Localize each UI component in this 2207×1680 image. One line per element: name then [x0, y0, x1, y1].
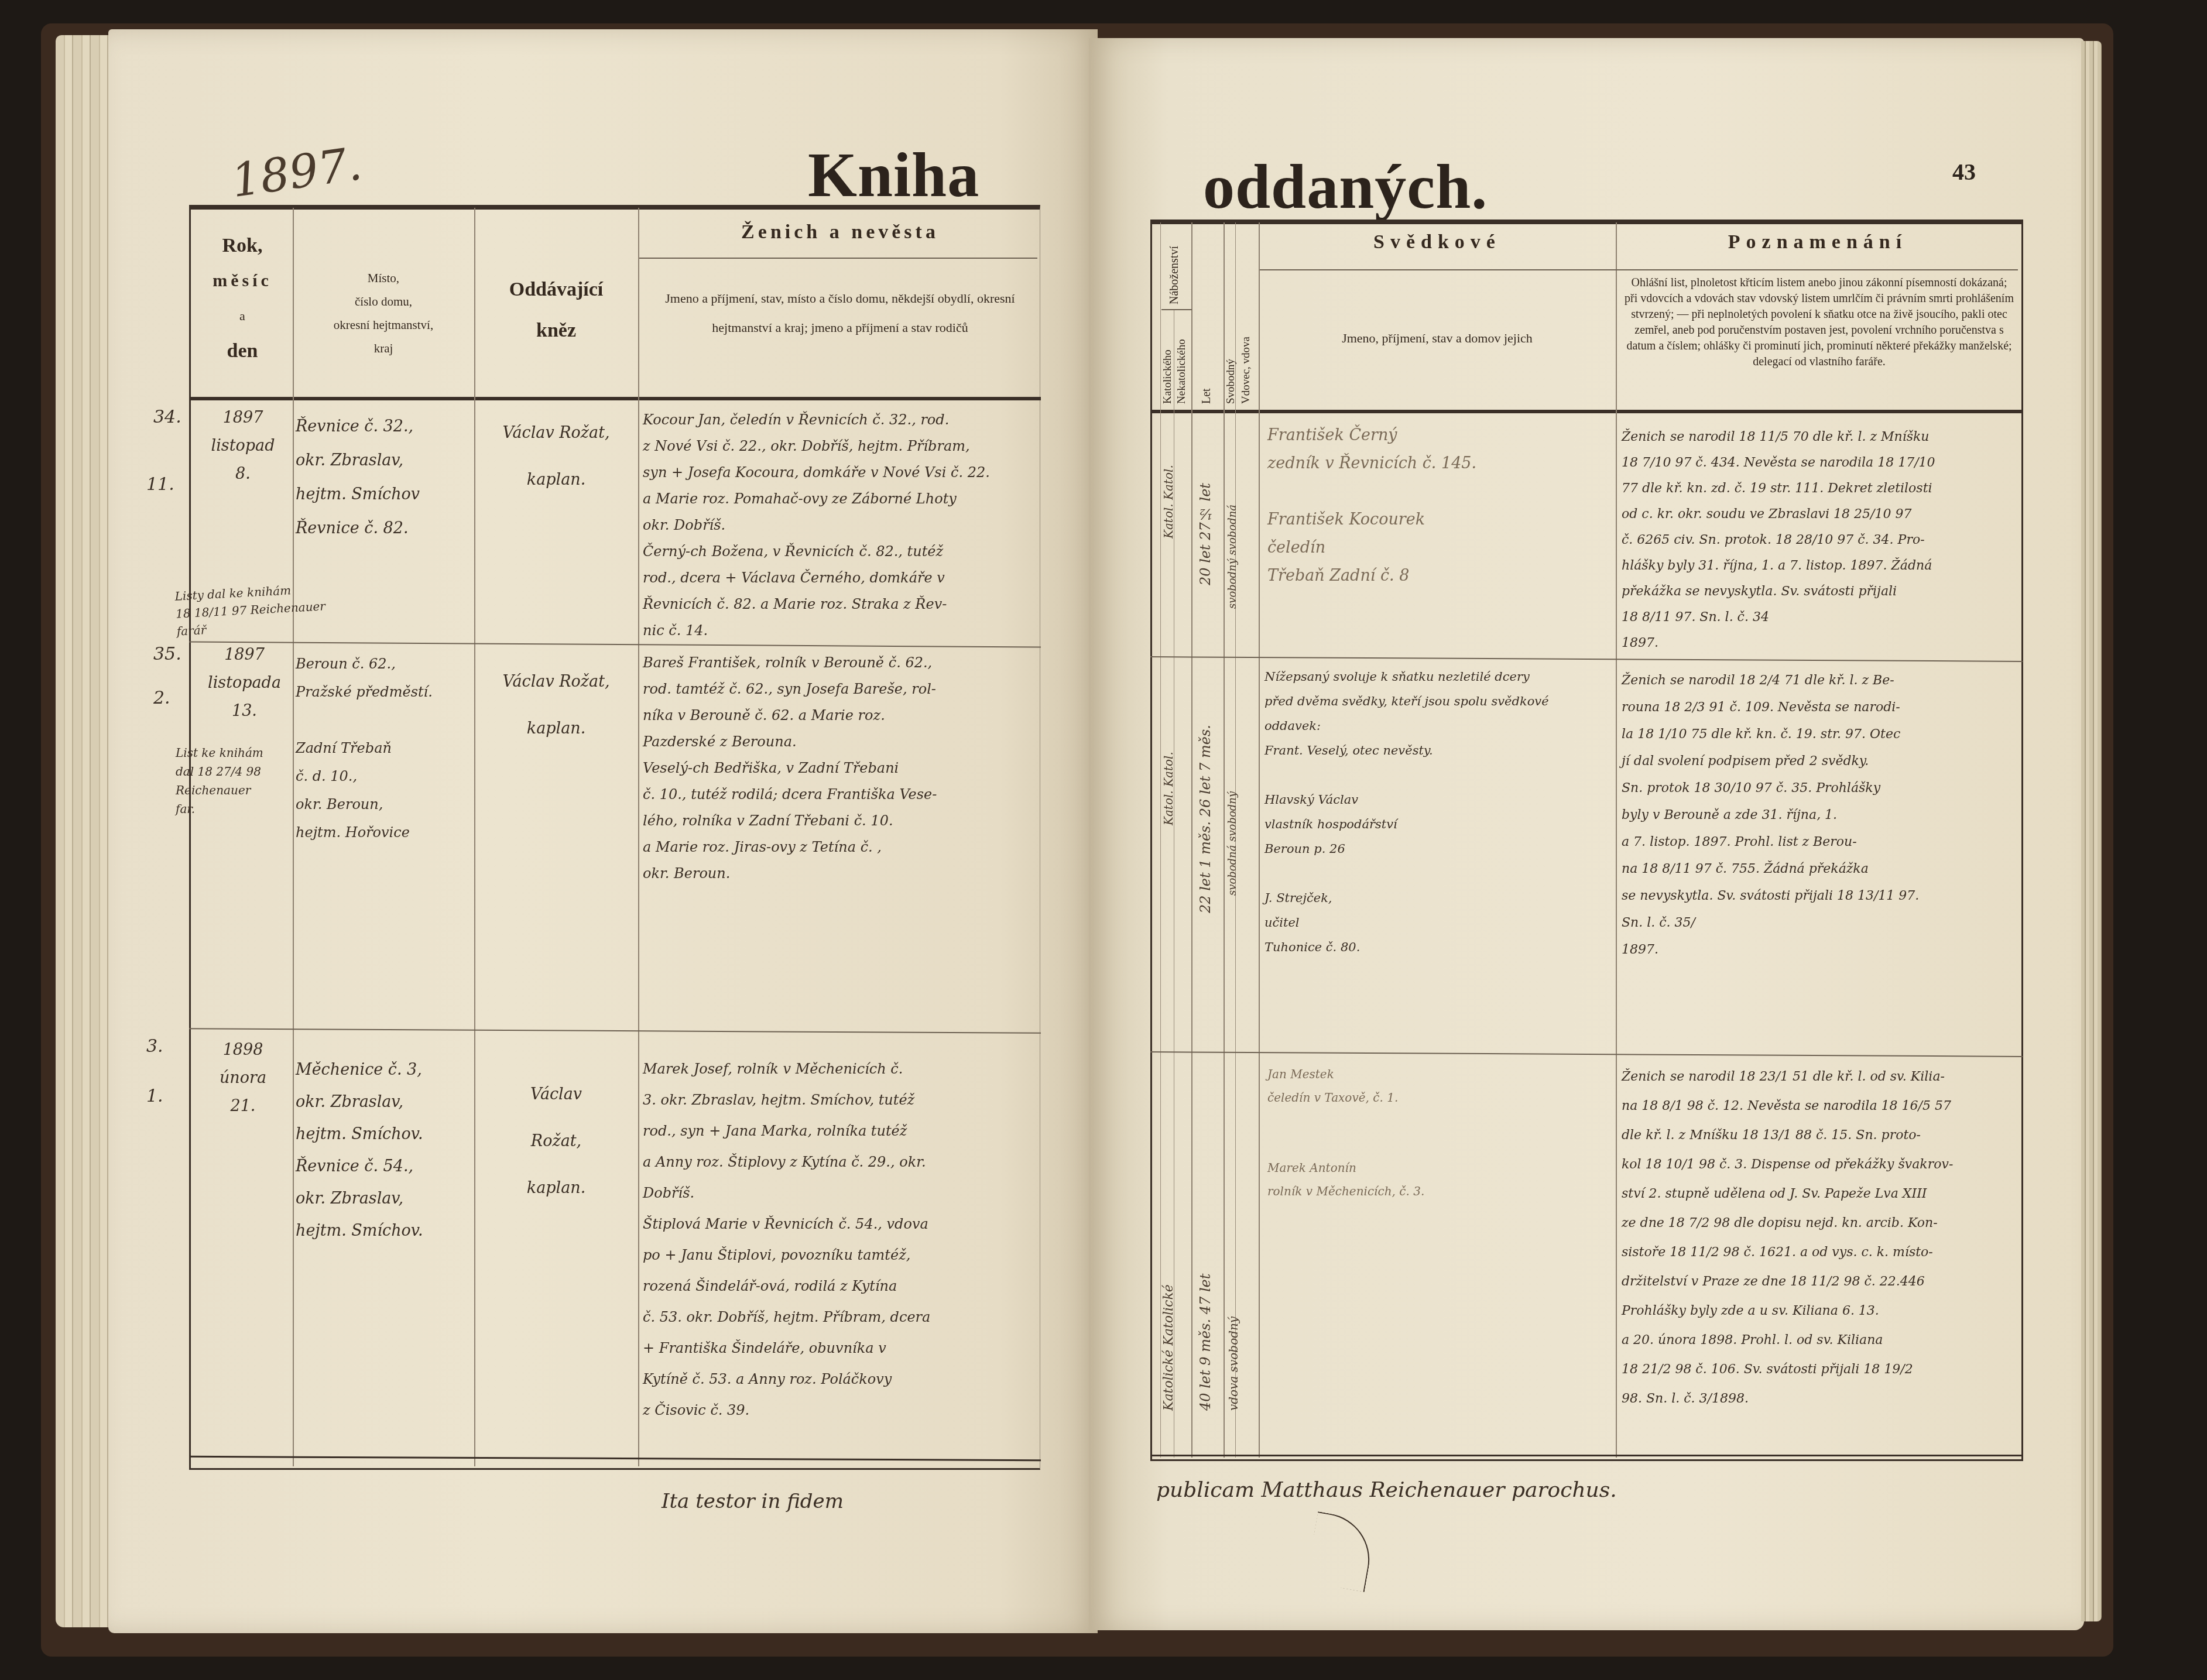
header-religion: Náboženství — [1168, 228, 1181, 304]
entry-status: svobodný svobodná — [1226, 421, 1239, 609]
entry-religion: Katol. Katol. — [1161, 679, 1176, 825]
header-date-line: den — [193, 334, 292, 369]
entry-couple: Marek Josef, rolník v Měchenicích č. 3. … — [643, 1054, 1041, 1426]
entry-priest: Václav Rožat, kaplan. — [477, 659, 635, 752]
entry-margin-note: List ke knihám dal 18 27/4 98 Reichenaue… — [176, 743, 328, 818]
col-divider — [1160, 222, 1161, 1458]
entry-status: svobodná svobodný — [1226, 679, 1239, 896]
entry-date: 1898 února 21. — [196, 1036, 290, 1120]
entry-witnesses: Jan Mestek čeledín v Taxově, č. 1. Marek… — [1267, 1062, 1613, 1203]
header-witnesses-sub: Jmeno, příjmení, stav a domov jejich — [1262, 331, 1613, 346]
header-witnesses-title: Svědkové — [1262, 231, 1613, 253]
entry-number: 3. — [146, 1036, 163, 1057]
attestation-right: publicam Matthaus Reichenauer parochus. — [1156, 1478, 1617, 1502]
title-right: oddaných. — [1203, 151, 1488, 224]
header-remarks-sub: Ohlášní list, plnoletost křticím listem … — [1625, 275, 2014, 370]
entry-sub-number: 1. — [146, 1086, 163, 1106]
col-divider — [293, 208, 294, 1466]
entry-religion: Katolické Katolické — [1161, 1060, 1176, 1411]
entry-sub-number: 11. — [146, 474, 174, 495]
entry-number: 34. — [153, 407, 181, 427]
entry-priest: Václav Rožat, kaplan. — [477, 410, 635, 503]
header-priest-line: Oddávající — [477, 269, 635, 310]
religion-divider — [1161, 309, 1192, 310]
header-noncatholic: Nekatolického — [1176, 316, 1188, 404]
header-single: Svobodný — [1225, 340, 1238, 404]
header-widowed: Vdovec, vdova — [1240, 316, 1253, 404]
entry-place: Měchenice č. 3, okr. Zbraslav, hejtm. Sm… — [296, 1054, 471, 1247]
col-divider — [638, 208, 639, 1466]
right-header-divider — [1150, 410, 2023, 413]
entry-age: 22 let 1 měs. 26 let 7 měs. — [1197, 679, 1214, 913]
col-divider — [1259, 222, 1260, 1458]
page-edges-right — [2081, 41, 2102, 1621]
header-catholic: Katolického — [1161, 316, 1174, 404]
attestation-left: Ita testor in fidem — [662, 1490, 844, 1513]
entry-date: 1897 listopada 13. — [196, 641, 293, 725]
entry-status: vdova svobodný — [1226, 1060, 1240, 1411]
col-divider — [474, 208, 475, 1466]
header-date-line: měsíc — [193, 263, 292, 299]
row-divider — [1150, 1455, 2023, 1456]
header-priest: Oddávající kněz — [477, 269, 635, 351]
couple-header-divider — [639, 258, 1037, 259]
col-divider — [1224, 222, 1225, 1458]
entry-age: 40 let 9 měs. 47 let — [1197, 1060, 1214, 1411]
entry-sub-number: 2. — [153, 688, 170, 708]
entry-date: 1897 listopad 8. — [196, 404, 290, 488]
header-place: Místo, číslo domu, okresní hejtmanství, … — [296, 266, 471, 360]
subheader-divider — [1260, 269, 2018, 270]
entry-religion: Katol. Katol. — [1161, 421, 1176, 539]
entry-place: Řevnice č. 32., okr. Zbraslav, hejtm. Sm… — [296, 410, 471, 546]
entry-priest: Václav Rožat, kaplan. — [477, 1071, 635, 1212]
header-date-line: a — [193, 299, 292, 334]
entry-remarks: Ženich se narodil 18 11/5 70 dle kř. l. … — [1622, 424, 2020, 656]
entry-age: 20 let 27½ let — [1197, 421, 1214, 585]
entry-witnesses: František Černý zedník v Řevnicích č. 14… — [1267, 421, 1613, 590]
entry-couple: Bareš František, rolník v Berouně č. 62.… — [643, 650, 1041, 887]
entry-margin-note: Listy dal ke knihám 18 18/11 97 Reichena… — [174, 577, 370, 640]
header-couple-title: Ženich a nevěsta — [641, 221, 1039, 244]
page-number: 43 — [1952, 158, 1976, 186]
header-date: Rok, měsíc a den — [193, 228, 292, 369]
left-header-divider — [189, 397, 1041, 400]
entry-remarks: Ženich se narodil 18 2/4 71 dle kř. l. z… — [1622, 667, 2020, 964]
header-age: Let — [1200, 363, 1214, 404]
header-priest-line: kněz — [477, 310, 635, 351]
col-divider — [1191, 222, 1192, 1458]
header-date-line: Rok, — [193, 228, 292, 263]
header-remarks-title: Poznamenání — [1619, 231, 2017, 253]
entry-remarks: Ženich se narodil 18 23/1 51 dle kř. l. … — [1622, 1062, 2020, 1414]
header-couple-sub: Jmeno a příjmení, stav, místo a číslo do… — [650, 284, 1030, 342]
col-divider — [1616, 222, 1617, 1458]
entry-witnesses: Nížepsaný svoluje k sňatku nezletilé dce… — [1264, 664, 1616, 959]
entry-number: 35. — [153, 644, 181, 664]
entry-couple: Kocour Jan, čeledín v Řevnicích č. 32., … — [643, 407, 1041, 644]
title-left: Kniha — [808, 139, 979, 212]
